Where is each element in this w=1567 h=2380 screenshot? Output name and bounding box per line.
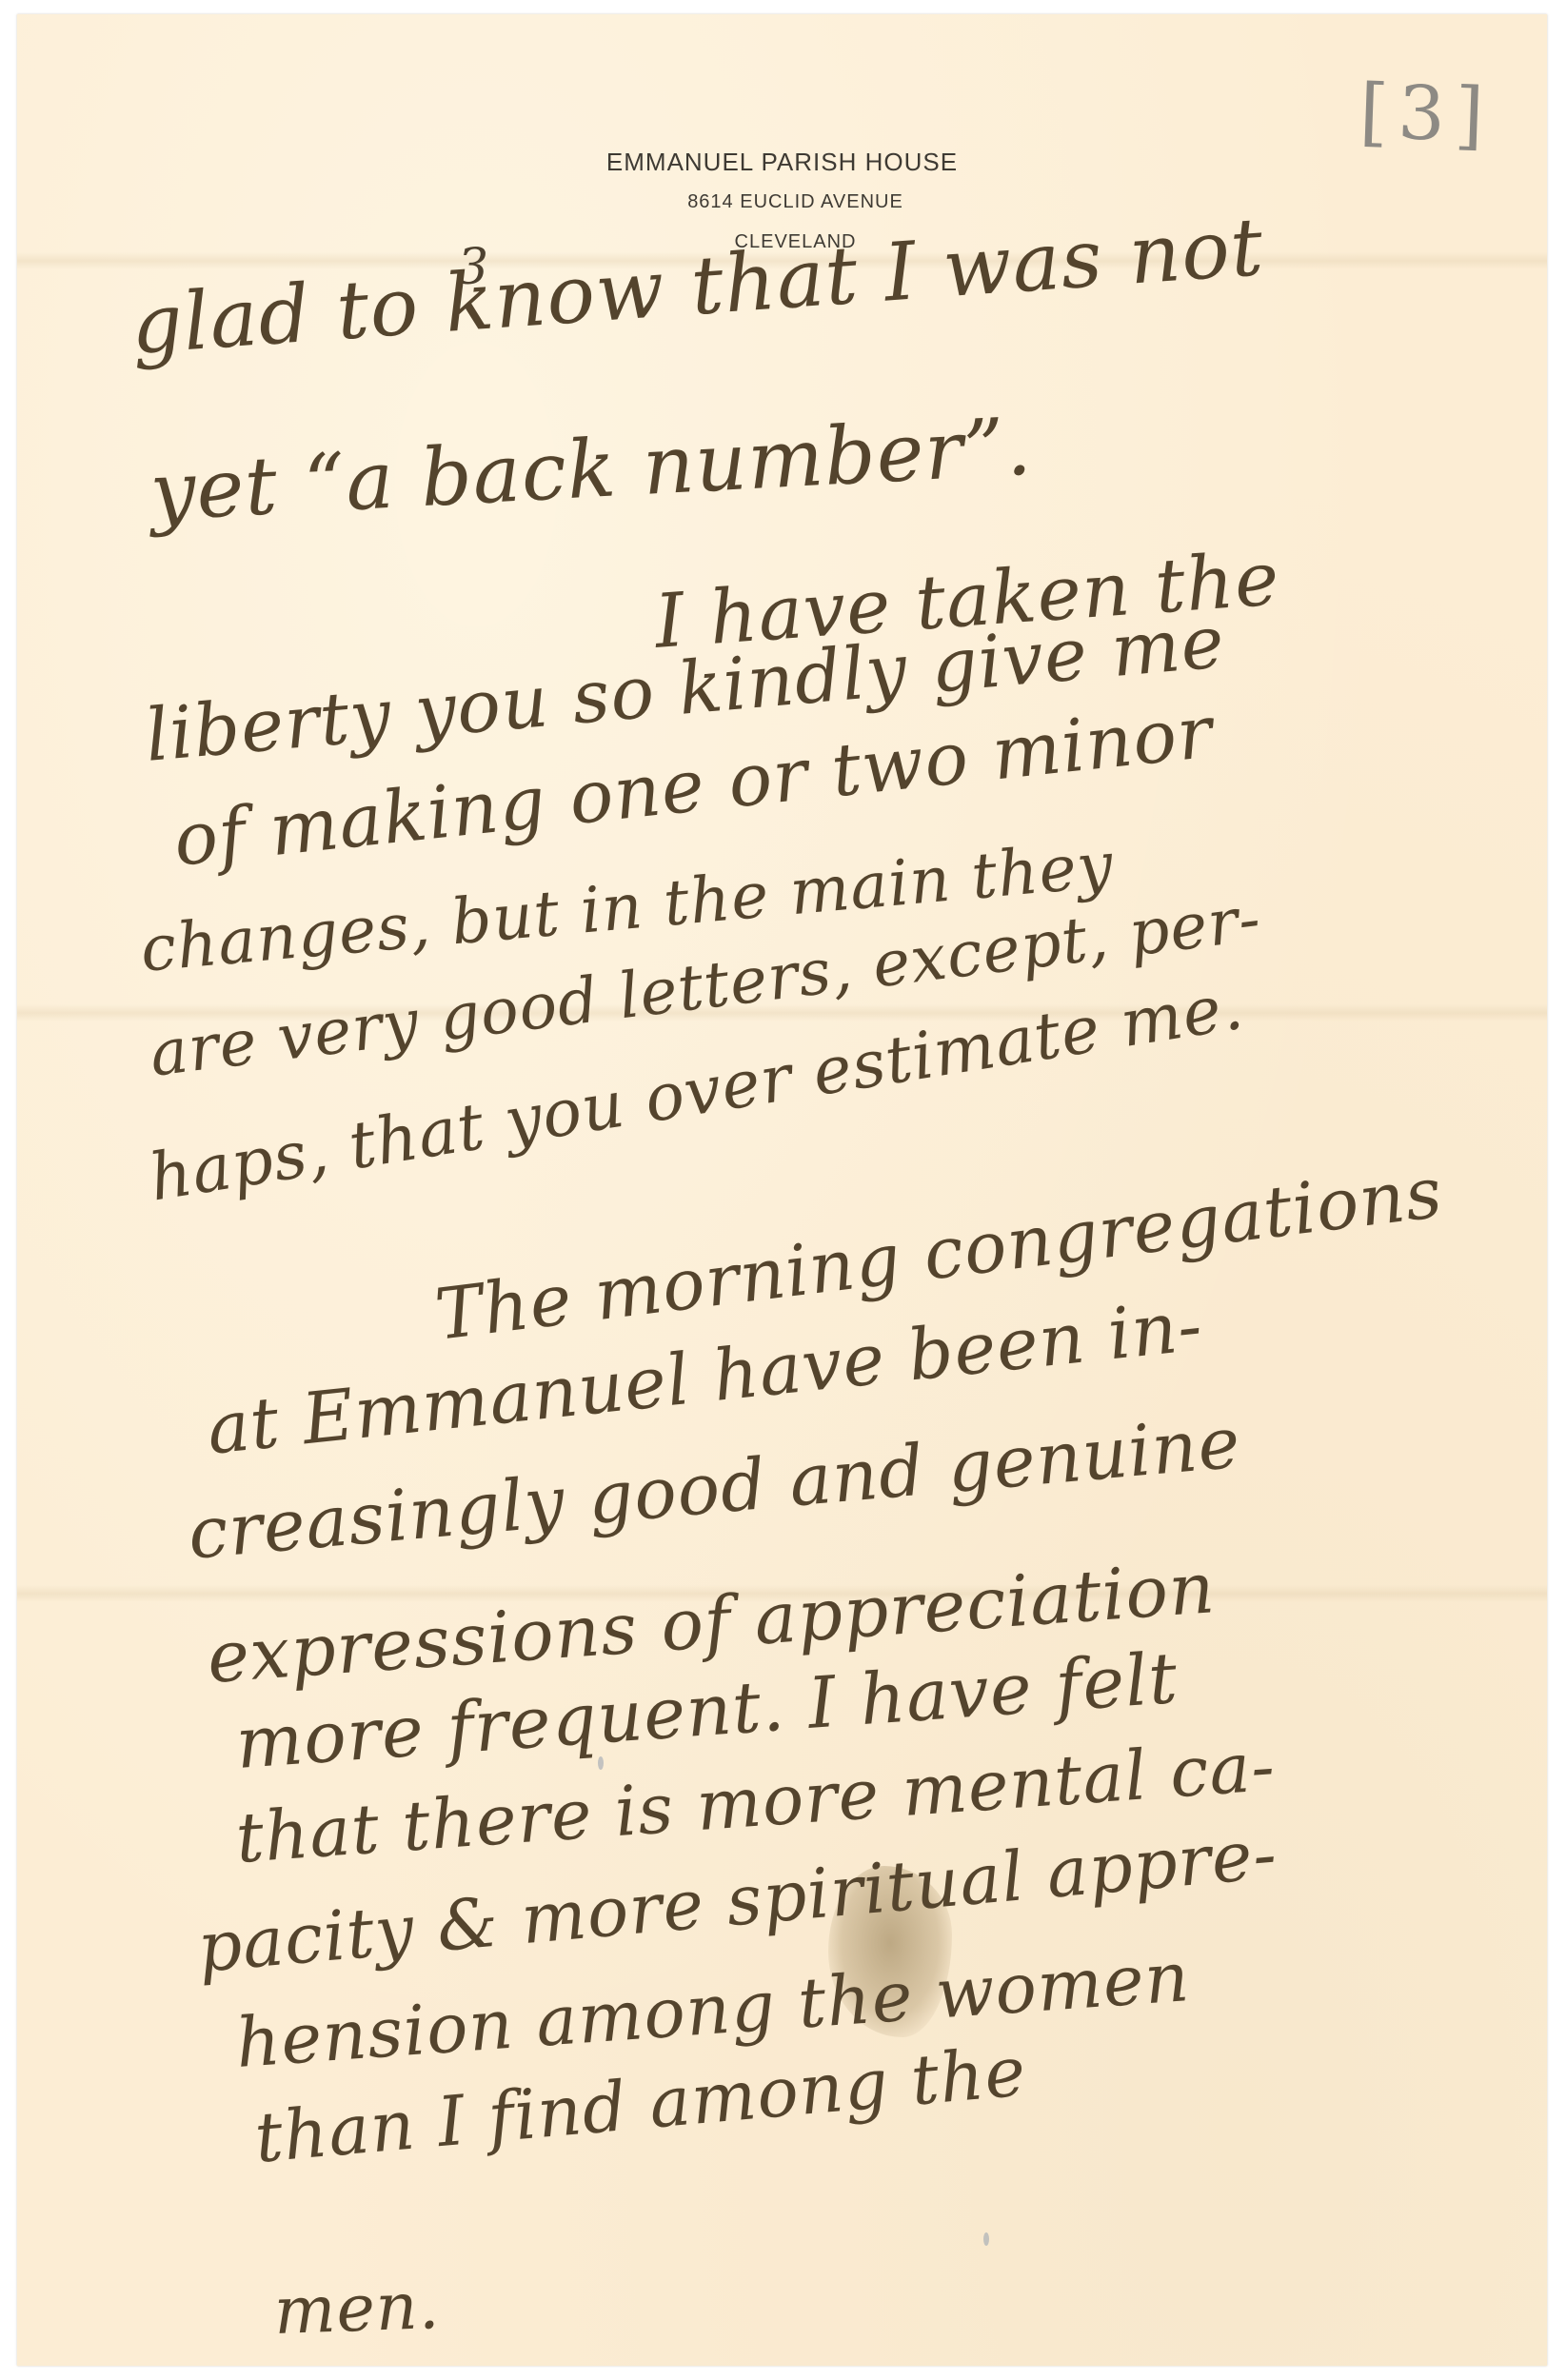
letter-line: glad to know that I was not: [129, 207, 1266, 366]
paper-speck: [983, 2232, 989, 2246]
letterhead-name: EMMANUEL PARISH HOUSE: [17, 148, 1547, 177]
archive-page-number: [3]: [1358, 69, 1495, 160]
letterhead-address: 8614 EUCLID AVENUE: [17, 191, 1560, 213]
letter-line: yet “a back number”.: [149, 407, 1034, 532]
letter-page: EMMANUEL PARISH HOUSE 8614 EUCLID AVENUE…: [17, 14, 1547, 2366]
letter-line: men.: [273, 2274, 441, 2345]
